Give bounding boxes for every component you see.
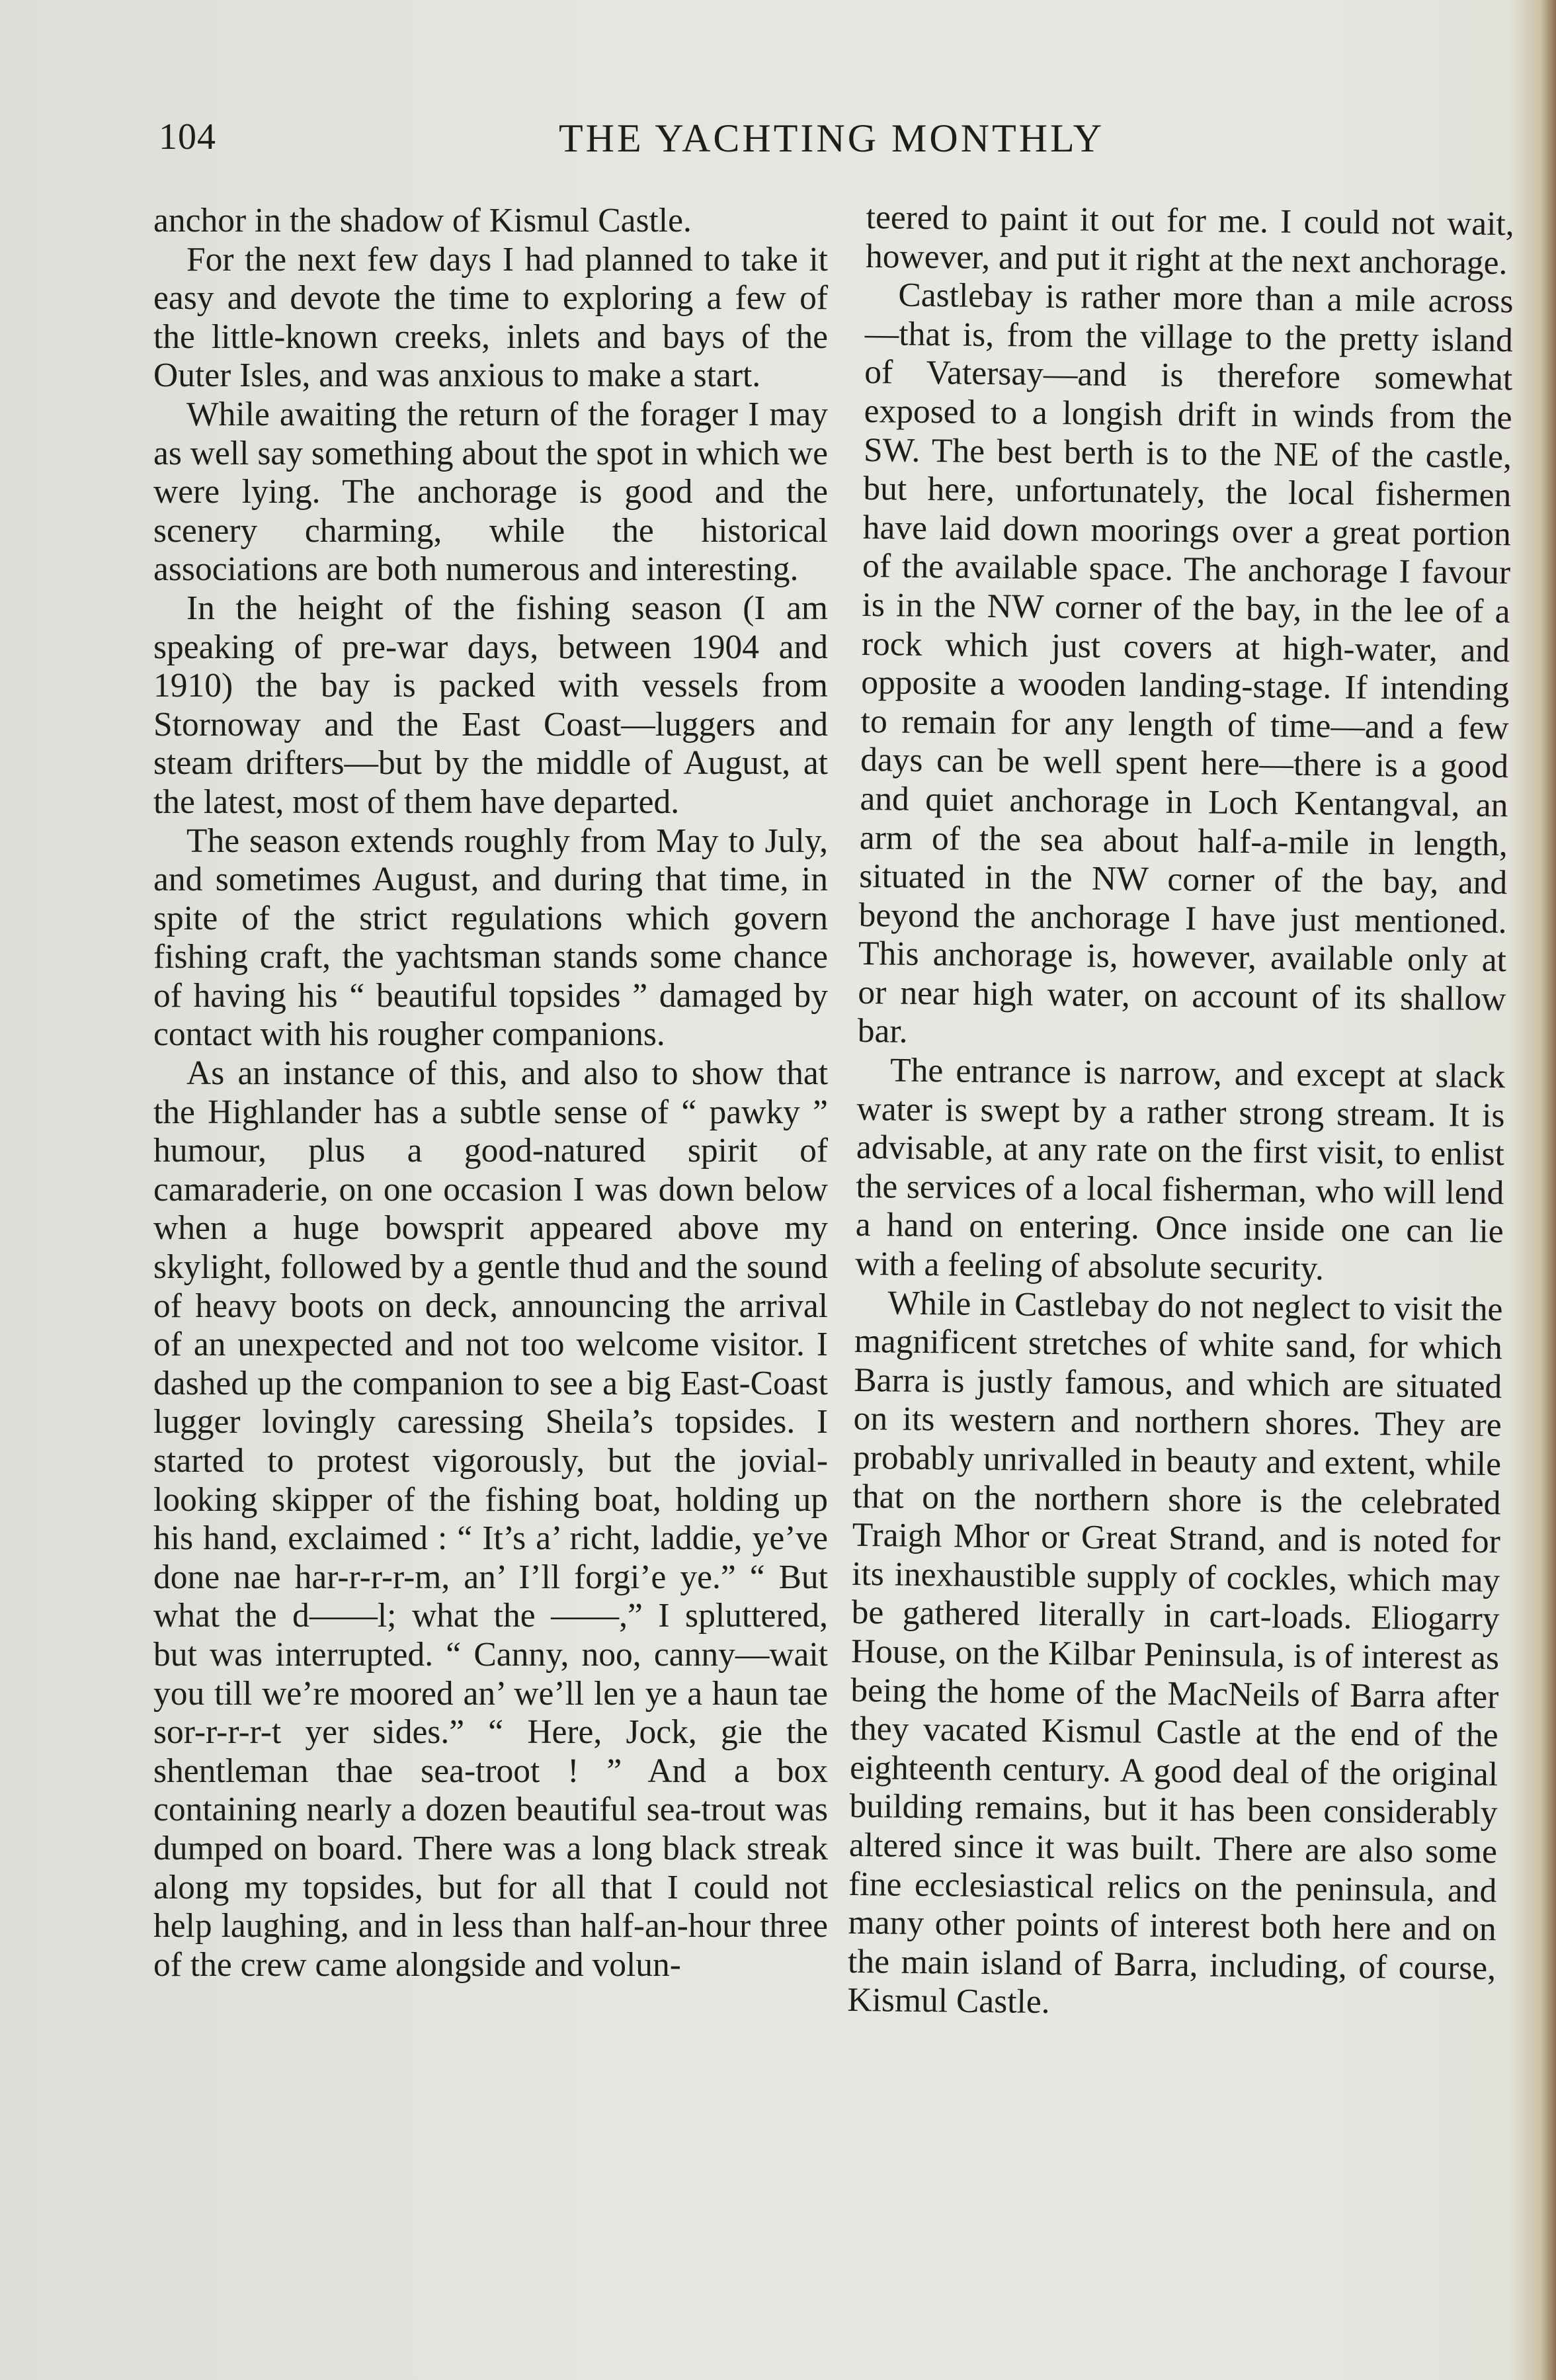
magazine-page: 104 THE YACHTING MONTHLY anchor in the s… [0,0,1556,2380]
paragraph: For the next few days I had planned to t… [153,241,828,396]
journal-title: THE YACHTING MONTHLY [559,116,1104,161]
paragraph: As an instance of this, and also to show… [153,1054,828,1984]
paragraph: While awaiting the return of the forager… [153,396,828,589]
paragraph: Castlebay is rather more than a mile acr… [858,276,1514,1058]
page-header: 104 THE YACHTING MONTHLY [159,109,1190,169]
paragraph: The season extends roughly from May to J… [153,822,828,1055]
paragraph: The entrance is narrow, and except at sl… [855,1051,1506,1291]
paragraph: While in Castlebay do not neglect to vis… [847,1284,1503,2027]
page-number: 104 [159,116,216,158]
right-column: teered to paint it out for me. I could n… [847,198,1514,2027]
left-column: anchor in the shadow of Kismul Castle. F… [153,202,828,1984]
paragraph: teered to paint it out for me. I could n… [866,198,1514,282]
paragraph: anchor in the shadow of Kismul Castle. [153,202,828,241]
paragraph: In the height of the fishing season (I a… [153,589,828,822]
